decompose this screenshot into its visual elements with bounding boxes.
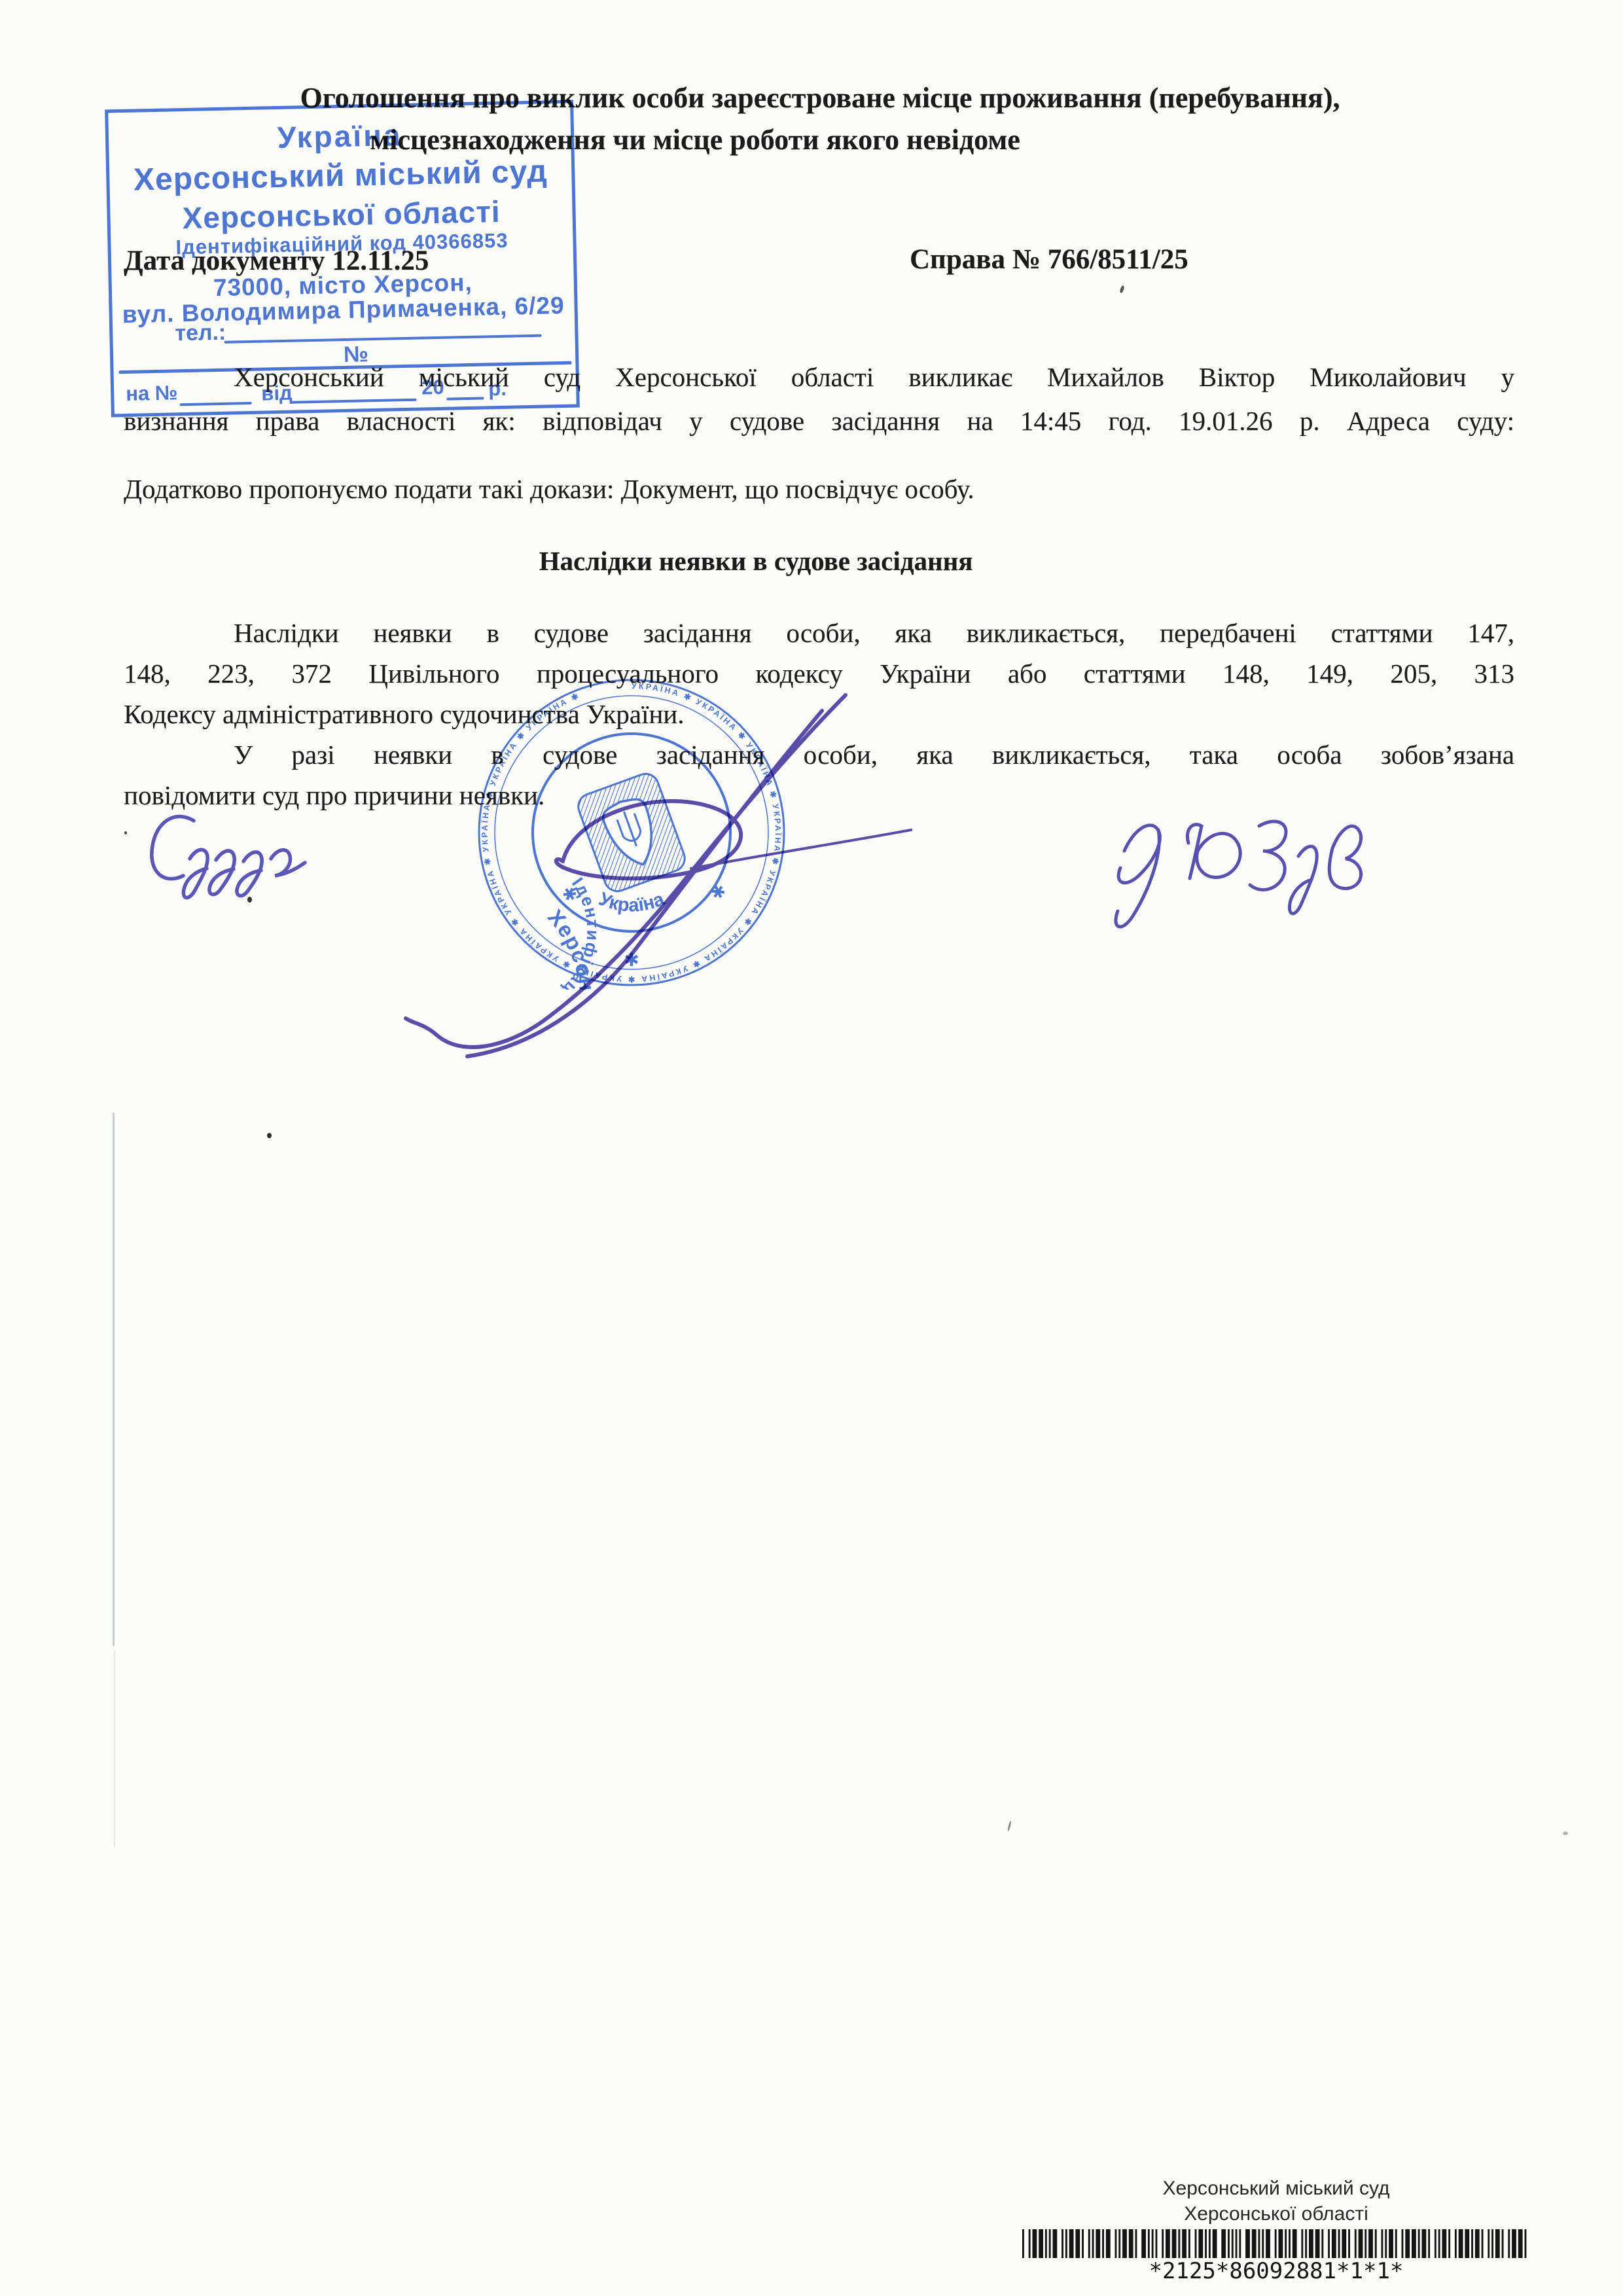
scan-artifact-line [114,1651,115,1847]
body-line: повідомити суд про причини неявки. [124,775,1514,816]
barcode-text: *2125*86092881*1*1* [1149,2258,1404,2284]
scan-artifact-line [113,1113,115,1646]
body-line: 148, 223, 372 Цивільного процесуального … [124,653,1514,694]
coat-of-arms-emblem [575,770,688,895]
stamp-country: Україна [109,114,571,159]
body-line: Кодексу адміністративного судочинства Ук… [124,694,1514,734]
paragraph-summons: Херсонський міський суд Херсонської обла… [124,355,1514,443]
evidence-line: Додатково пропонуємо подати такі докази:… [124,469,1514,509]
section-heading: Наслідки неявки в судове засідання [539,545,973,577]
judge-title-handwriting [152,817,305,898]
body-line: Наслідки неявки в судове засідання особи… [124,613,1514,653]
scan-speck [124,831,127,834]
seal-star-right-icon: ✱ [707,880,729,904]
case-number: 766/8511/25 [1048,244,1188,275]
barcode-image [1021,2229,1538,2258]
judge-name-handwriting [1116,821,1361,927]
case-label: Справа № [910,244,1041,275]
body-line: визнання права власності як: відповідач … [124,399,1514,443]
date-value: 12.11.25 [332,245,429,276]
scan-speck [1119,285,1124,294]
scan-speck [1563,1831,1568,1835]
paragraph-obligation: У разі неявки в судове засідання особи, … [124,734,1514,816]
footer-court-line1: Херсонський міський суд [1163,2178,1390,2200]
scan-speck [1007,1821,1012,1831]
seal-country-text: Україна [596,888,668,916]
document-date: Дата документу 12.11.25 [124,245,429,277]
footer-court-line2: Херсонської області [1184,2203,1368,2225]
body-line: У разі неявки в судове засідання особи, … [124,734,1514,775]
seal-star-separator: ✱ [624,950,639,971]
stamp-phone-underline [224,334,542,344]
date-label: Дата документу [124,245,325,276]
stamp-court-name: Херсонський міський суд [109,153,572,199]
case-number-line: Справа № 766/8511/25 [910,243,1188,276]
paragraph-consequences: Наслідки неявки в судове засідання особи… [124,613,1514,734]
scan-speck [247,897,252,903]
court-round-seal: УКРАЇНА ✱ УКРАЇНА ✱ УКРАЇНА ✱ УКРАЇНА ✱ … [474,675,789,990]
document-page: Оголошення про виклик особи зареєстрован… [0,0,1623,2296]
stamp-phone-label: тел.: [175,320,226,347]
scan-speck [267,1133,272,1138]
body-line: Херсонський міський суд Херсонської обла… [124,355,1514,399]
